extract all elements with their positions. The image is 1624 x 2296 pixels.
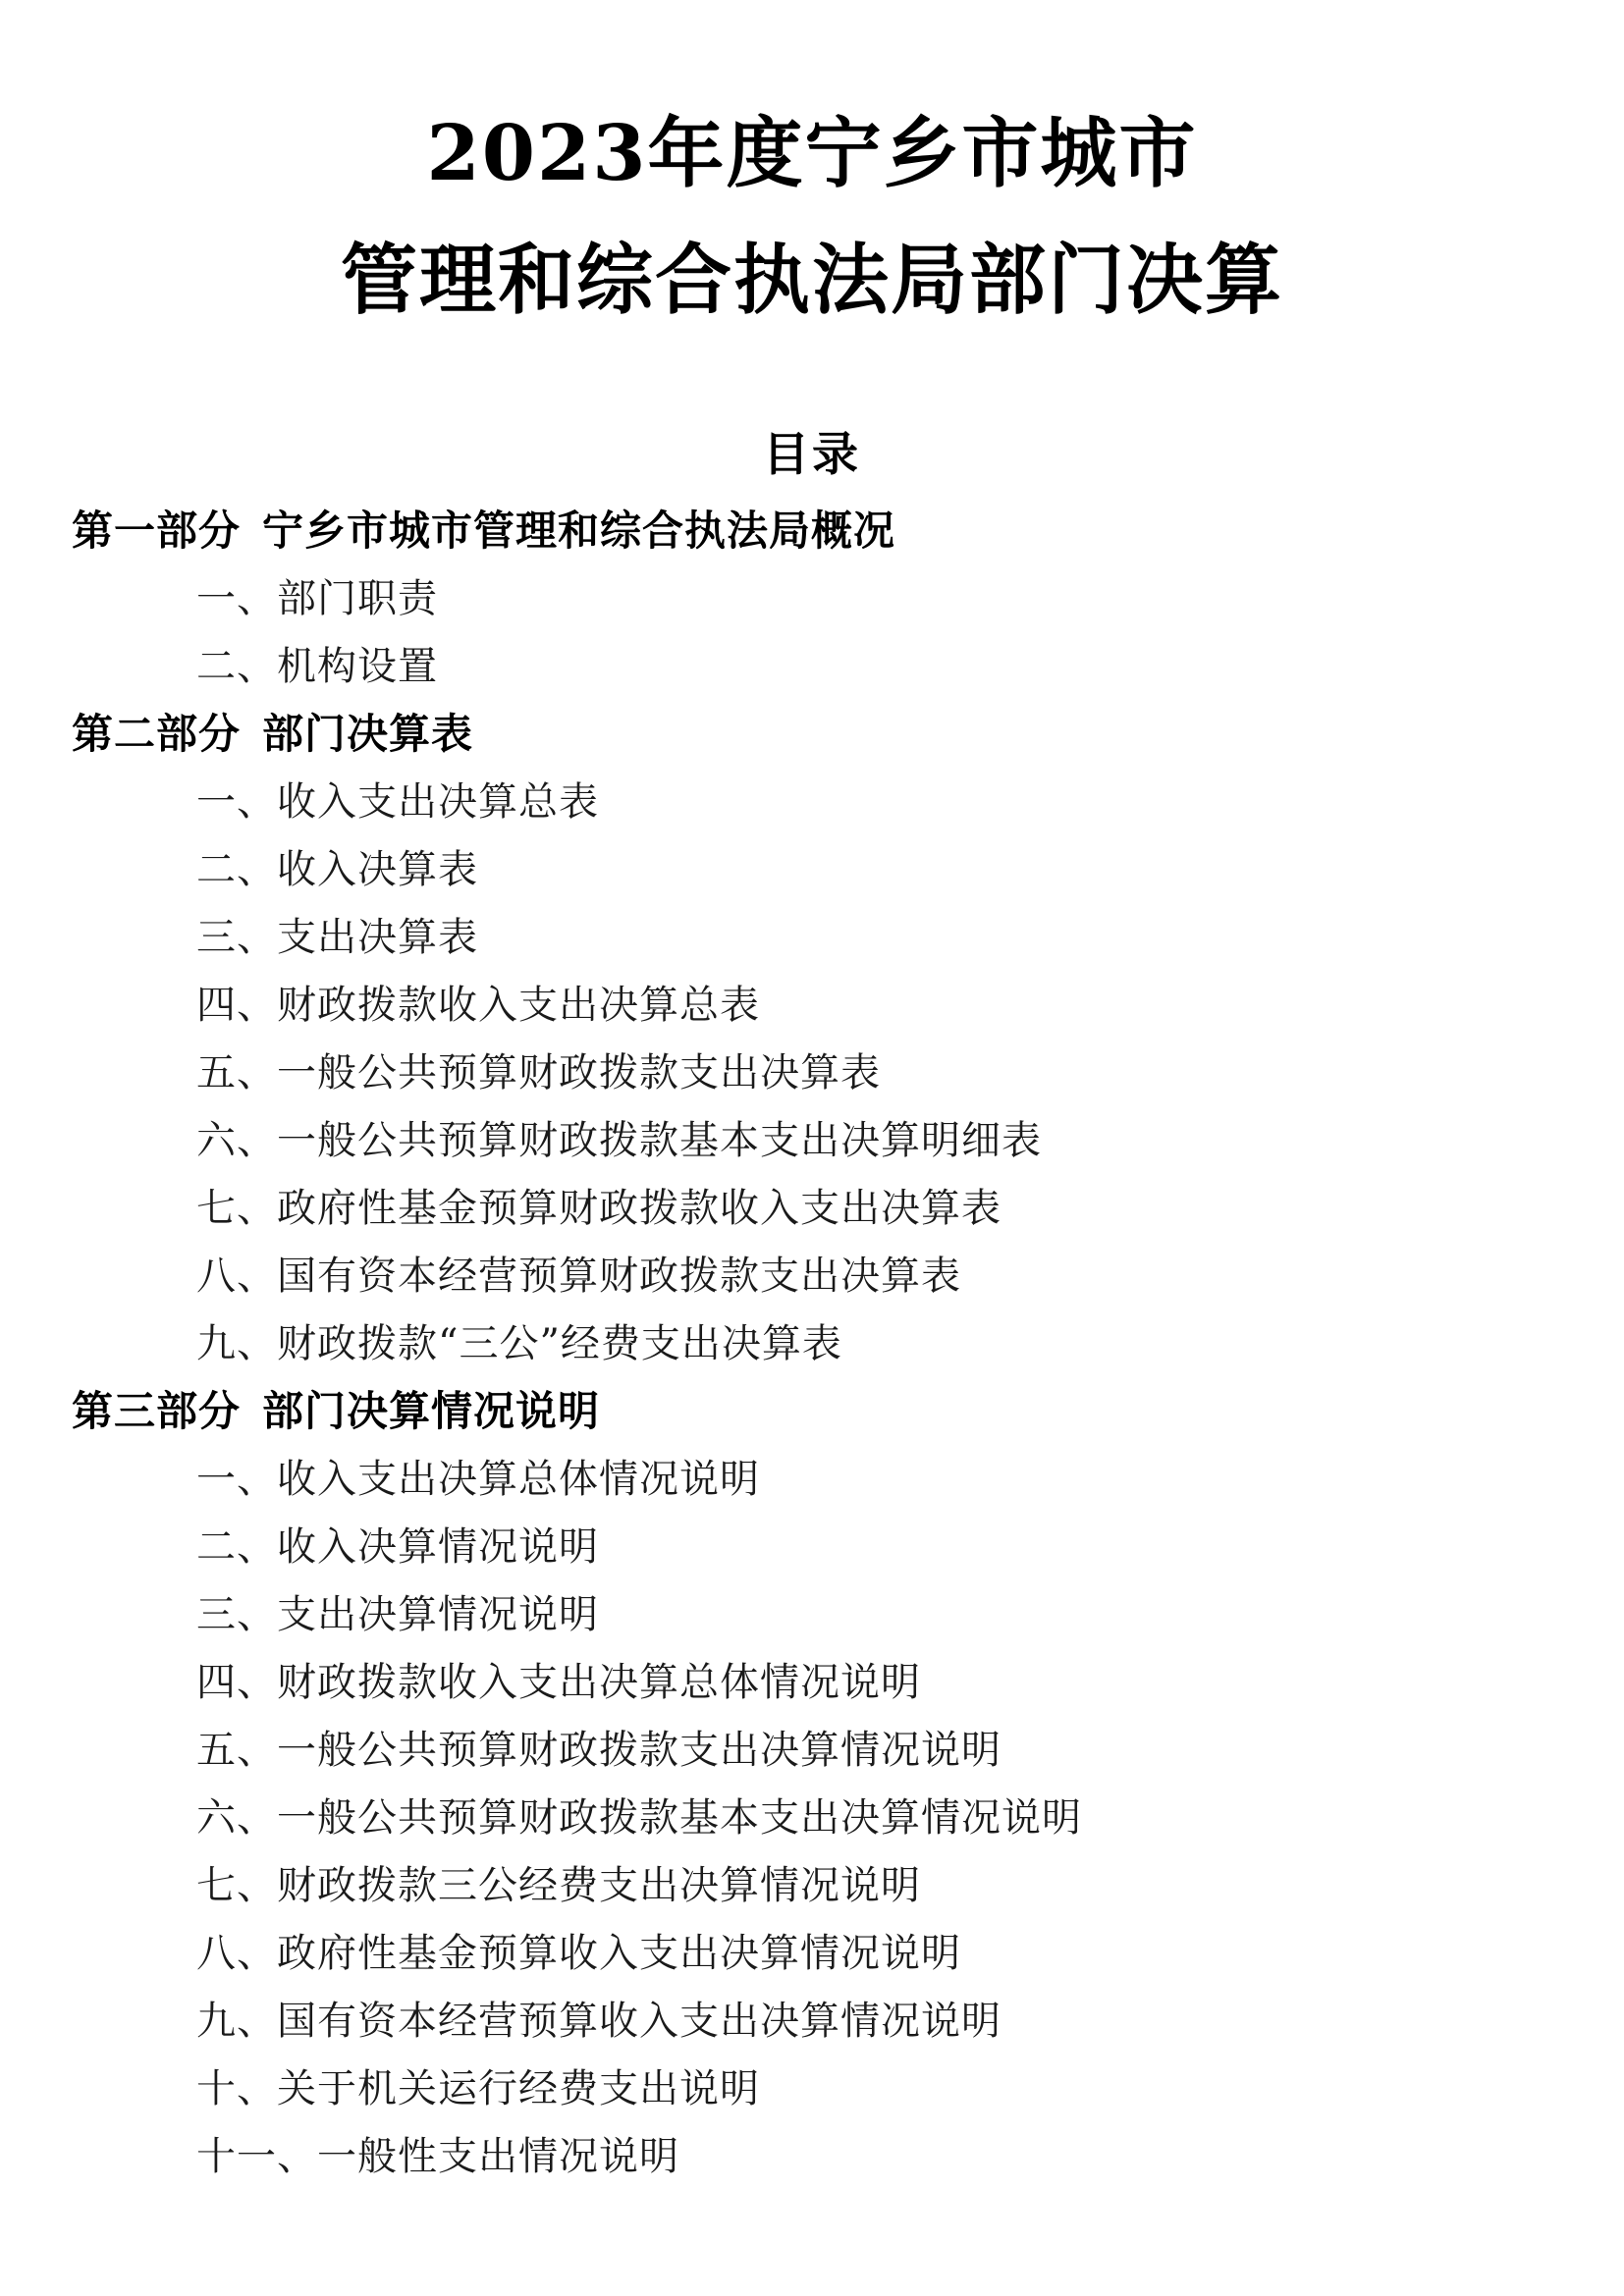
toc-item: 一、收入支出决算总表: [0, 765, 1624, 832]
toc-item: 十一、一般性支出情况说明: [0, 2119, 1624, 2187]
toc-section-heading-part2: 第二部分 部门决算表: [0, 697, 1624, 765]
toc-section-label: 第一部分: [72, 499, 241, 558]
toc-item: 九、国有资本经营预算收入支出决算情况说明: [0, 1984, 1624, 2052]
toc-item: 五、一般公共预算财政拨款支出决算情况说明: [0, 1713, 1624, 1781]
toc-item: 五、一般公共预算财政拨款支出决算表: [0, 1036, 1624, 1103]
table-of-contents: 第一部分 宁乡市城市管理和综合执法局概况 一、部门职责 二、机构设置 第二部分 …: [0, 494, 1624, 2187]
toc-item: 十、关于机关运行经费支出说明: [0, 2052, 1624, 2119]
toc-item: 四、财政拨款收入支出决算总体情况说明: [0, 1645, 1624, 1713]
toc-item: 八、国有资本经营预算财政拨款支出决算表: [0, 1239, 1624, 1307]
toc-item: 四、财政拨款收入支出决算总表: [0, 968, 1624, 1036]
toc-item: 二、收入决算情况说明: [0, 1510, 1624, 1577]
toc-section-heading-part1: 第一部分 宁乡市城市管理和综合执法局概况: [0, 494, 1624, 561]
toc-item: 六、一般公共预算财政拨款基本支出决算情况说明: [0, 1781, 1624, 1848]
toc-section-heading-part3: 第三部分 部门决算情况说明: [0, 1374, 1624, 1442]
toc-item: 二、收入决算表: [0, 832, 1624, 900]
toc-item: 七、财政拨款三公经费支出决算情况说明: [0, 1848, 1624, 1916]
toc-section-title: 宁乡市城市管理和综合执法局概况: [262, 499, 895, 558]
toc-heading: 目录: [0, 426, 1624, 485]
document-title-line-2: 管理和综合执法局部门决算: [0, 217, 1624, 344]
toc-section-title: 部门决算表: [262, 702, 473, 761]
toc-item: 一、收入支出决算总体情况说明: [0, 1442, 1624, 1510]
toc-section-title: 部门决算情况说明: [262, 1379, 600, 1438]
toc-item: 六、一般公共预算财政拨款基本支出决算明细表: [0, 1103, 1624, 1171]
toc-item: 七、政府性基金预算财政拨款收入支出决算表: [0, 1171, 1624, 1239]
toc-section-label: 第三部分: [72, 1379, 241, 1438]
toc-item: 八、政府性基金预算收入支出决算情况说明: [0, 1916, 1624, 1984]
document-title: 2023年度宁乡市城市 管理和综合执法局部门决算: [0, 90, 1624, 344]
toc-item: 九、财政拨款“三公”经费支出决算表: [0, 1307, 1624, 1374]
toc-item: 三、支出决算表: [0, 900, 1624, 968]
document-page: 2023年度宁乡市城市 管理和综合执法局部门决算 目录 第一部分 宁乡市城市管理…: [0, 0, 1624, 2296]
toc-item: 三、支出决算情况说明: [0, 1577, 1624, 1645]
document-title-line-1: 2023年度宁乡市城市: [0, 90, 1624, 217]
toc-item: 二、机构设置: [0, 629, 1624, 697]
toc-section-label: 第二部分: [72, 702, 241, 761]
toc-item: 一、部门职责: [0, 561, 1624, 629]
